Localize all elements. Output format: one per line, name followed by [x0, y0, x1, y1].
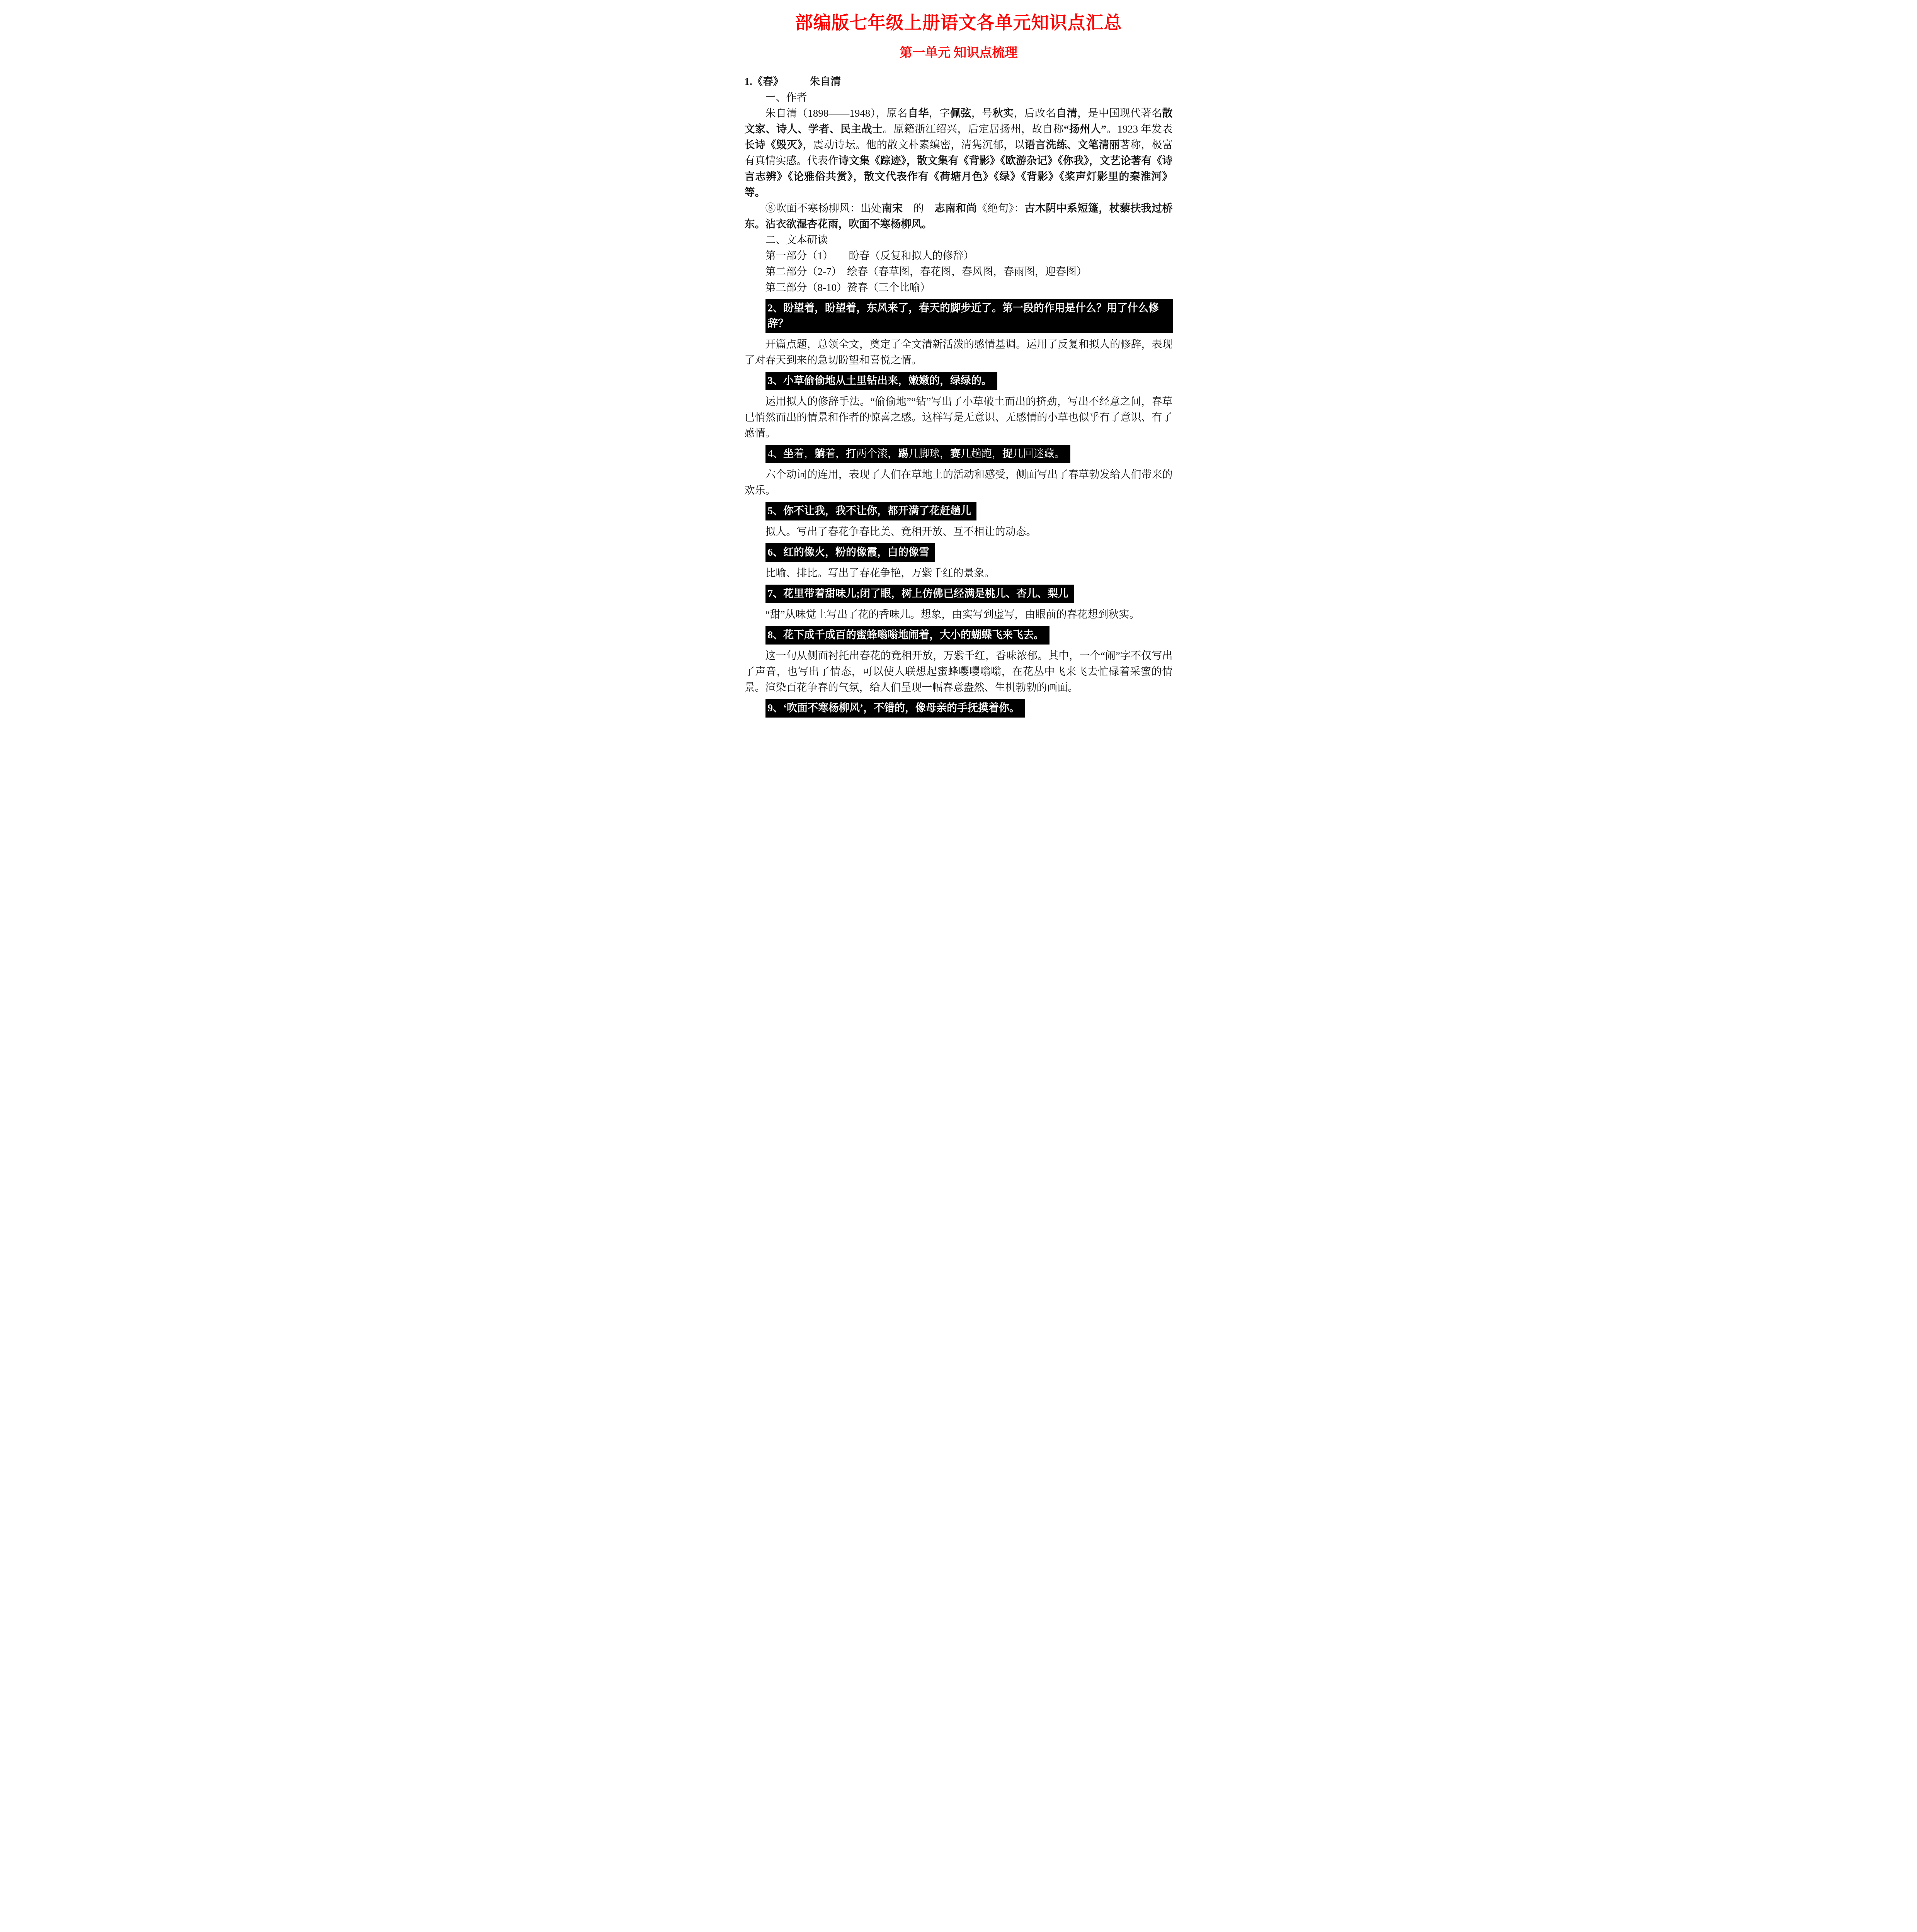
- text-run: 捉: [1002, 448, 1013, 459]
- text-run: 两个滚，: [856, 448, 898, 459]
- body-paragraph: 朱自清（1898——1948），原名自华，字佩弦，号秋实，后改名自清，是中国现代…: [745, 105, 1173, 201]
- body-paragraph: 拟人。写出了春花争春比美、竟相开放、互不相让的动态。: [745, 524, 1173, 540]
- text-run: 南宋: [882, 202, 903, 214]
- body-paragraph: 第三部分（8-10）赞春（三个比喻）: [745, 280, 1173, 296]
- text-run: 朱自清（1898——1948），原名: [765, 107, 908, 119]
- highlight-question-bar: 9、‘吹面不寒杨柳风’，不错的，像母亲的手抚摸着你。: [765, 699, 1025, 718]
- text-run: ，后改名: [1014, 107, 1056, 119]
- highlight-question-bar: 7、花里带着甜味儿;闭了眼，树上仿佛已经满是桃儿、杏儿、梨儿: [765, 585, 1074, 603]
- document-body: 1.《春》 朱自清一、作者朱自清（1898——1948），原名自华，字佩弦，号秋…: [745, 74, 1173, 721]
- body-paragraph: 第一部分（1） 盼春（反复和拟人的修辞）: [745, 248, 1173, 264]
- text-run: 这一句从侧面衬托出春花的竟相开放，万紫千红，香味浓郁。其中，一个“闹”字不仅写出…: [745, 650, 1173, 693]
- text-run: 几脚球，: [908, 448, 950, 459]
- text-run: 。1923 年发表: [1106, 123, 1172, 135]
- text-run: ，震动诗坛。他的散文朴素缜密，清隽沉郁，以: [803, 139, 1025, 151]
- text-run: 志南和尚: [935, 202, 977, 214]
- document-page: 部编版七年级上册语文各单元知识点汇总 第一单元 知识点梳理 1.《春》 朱自清一…: [719, 0, 1198, 736]
- text-run: 着，: [825, 448, 846, 459]
- text-run: 1.《春》 朱自清: [745, 76, 841, 87]
- text-run: 自清: [1056, 107, 1077, 119]
- lesson-heading: 1.《春》 朱自清: [745, 74, 1173, 90]
- body-paragraph: 第二部分（2-7） 绘春（春草图，春花图，春风图，春雨图，迎春图）: [745, 264, 1173, 280]
- text-run: 运用拟人的修辞手法。“偷偷地”“钻”写出了小草破土而出的挤劲，写出不经意之间，春…: [745, 396, 1173, 439]
- text-run: 拟人。写出了春花争春比美、竟相开放、互不相让的动态。: [765, 526, 1037, 537]
- text-run: “甜”从味觉上写出了花的香味儿。想象，由实写到虚写，由眼前的春花想到秋实。: [765, 609, 1140, 620]
- text-run: 《绝句》：: [977, 202, 1024, 214]
- text-run: 8、花下成千成百的蜜蜂嗡嗡地闹着，大小的蝴蝶飞来飞去。: [768, 629, 1044, 641]
- text-run: 几回迷藏。: [1013, 448, 1065, 459]
- body-paragraph: 一、作者: [745, 90, 1173, 105]
- text-run: 几趟跑，: [961, 448, 1002, 459]
- text-run: 佩弦: [950, 107, 971, 119]
- highlight-question-bar: 3、小草偷偷地从土里钻出来，嫩嫩的，绿绿的。: [765, 372, 998, 390]
- body-paragraph: 六个动词的连用，表现了人们在草地上的活动和感受，侧面写出了春草勃发给人们带来的欢…: [745, 467, 1173, 498]
- text-run: 开篇点题，总领全文，奠定了全文清新活泼的感情基调。运用了反复和拟人的修辞，表现了…: [745, 338, 1173, 366]
- body-paragraph: 运用拟人的修辞手法。“偷偷地”“钻”写出了小草破土而出的挤劲，写出不经意之间，春…: [745, 394, 1173, 441]
- text-run: ，字: [929, 107, 950, 119]
- highlight-question-bar: 2、盼望着，盼望着，东风来了，春天的脚步近了。第一段的作用是什么？用了什么修辞？: [765, 299, 1173, 333]
- highlight-question-bar: 6、红的像火，粉的像霞，白的像雪: [765, 543, 935, 562]
- body-paragraph: 二、文本研读: [745, 232, 1173, 248]
- text-run: 第三部分（8-10）赞春（三个比喻）: [765, 282, 931, 293]
- text-run: 比喻、排比。写出了春花争艳，万紫千红的景象。: [765, 567, 995, 579]
- text-run: 3、小草偷偷地从土里钻出来，嫩嫩的，绿绿的。: [768, 375, 992, 386]
- text-run: 语言洗练、文笔清丽: [1025, 139, 1120, 151]
- document-title: 部编版七年级上册语文各单元知识点汇总: [745, 12, 1173, 34]
- text-run: 着，: [794, 448, 815, 459]
- unit-subtitle: 第一单元 知识点梳理: [745, 46, 1173, 61]
- text-run: 2、盼望着，盼望着，东风来了，春天的脚步近了。第一段的作用是什么？用了什么修辞？: [768, 302, 1159, 329]
- text-run: 秋实: [993, 107, 1014, 119]
- text-run: 一、作者: [765, 92, 807, 103]
- text-run: ，是中国现代著名: [1077, 107, 1162, 119]
- body-paragraph: 开篇点题，总领全文，奠定了全文清新活泼的感情基调。运用了反复和拟人的修辞，表现了…: [745, 337, 1173, 368]
- text-run: 二、文本研读: [765, 234, 828, 246]
- text-run: 的: [903, 202, 934, 214]
- text-run: 5、你不让我，我不让你，都开满了花赶趟儿: [768, 505, 971, 517]
- body-paragraph: 比喻、排比。写出了春花争艳，万紫千红的景象。: [745, 565, 1173, 581]
- text-run: 长诗《毁灭》: [745, 139, 803, 151]
- highlight-question-bar: 4、坐着，躺着，打两个滚，踢几脚球，赛几趟跑，捉几回迷藏。: [765, 445, 1071, 463]
- text-run: 赛: [950, 448, 961, 459]
- text-run: 7、花里带着甜味儿;闭了眼，树上仿佛已经满是桃儿、杏儿、梨儿: [768, 588, 1069, 599]
- text-run: 。原籍浙江绍兴，后定居扬州，故自称: [883, 123, 1064, 135]
- text-run: 踢: [898, 448, 908, 459]
- body-paragraph: 这一句从侧面衬托出春花的竟相开放，万紫千红，香味浓郁。其中，一个“闹”字不仅写出…: [745, 648, 1173, 696]
- text-run: 9、‘吹面不寒杨柳风’，不错的，像母亲的手抚摸着你。: [768, 702, 1020, 714]
- text-run: 6、红的像火，粉的像霞，白的像雪: [768, 546, 930, 558]
- body-paragraph: “甜”从味觉上写出了花的香味儿。想象，由实写到虚写，由眼前的春花想到秋实。: [745, 607, 1173, 622]
- text-run: 第一部分（1） 盼春（反复和拟人的修辞）: [765, 250, 974, 262]
- text-run: ，号: [971, 107, 993, 119]
- body-paragraph: ⑧吹面不寒杨柳风：出处南宋 的 志南和尚《绝句》：古木阴中系短篷，杖藜扶我过桥东…: [745, 201, 1173, 232]
- text-run: 躺: [815, 448, 825, 459]
- text-run: ⑧吹面不寒杨柳风：出处: [765, 202, 882, 214]
- text-run: 自华: [908, 107, 929, 119]
- text-run: 六个动词的连用，表现了人们在草地上的活动和感受，侧面写出了春草勃发给人们带来的欢…: [745, 469, 1173, 496]
- text-run: 4、: [768, 448, 784, 459]
- text-run: 坐: [783, 448, 794, 459]
- highlight-question-bar: 5、你不让我，我不让你，都开满了花赶趟儿: [765, 502, 977, 520]
- text-run: 打: [846, 448, 856, 459]
- text-run: “扬州人”: [1064, 123, 1106, 135]
- highlight-question-bar: 8、花下成千成百的蜜蜂嗡嗡地闹着，大小的蝴蝶飞来飞去。: [765, 626, 1050, 645]
- text-run: 第二部分（2-7） 绘春（春草图，春花图，春风图，春雨图，迎春图）: [765, 266, 1087, 277]
